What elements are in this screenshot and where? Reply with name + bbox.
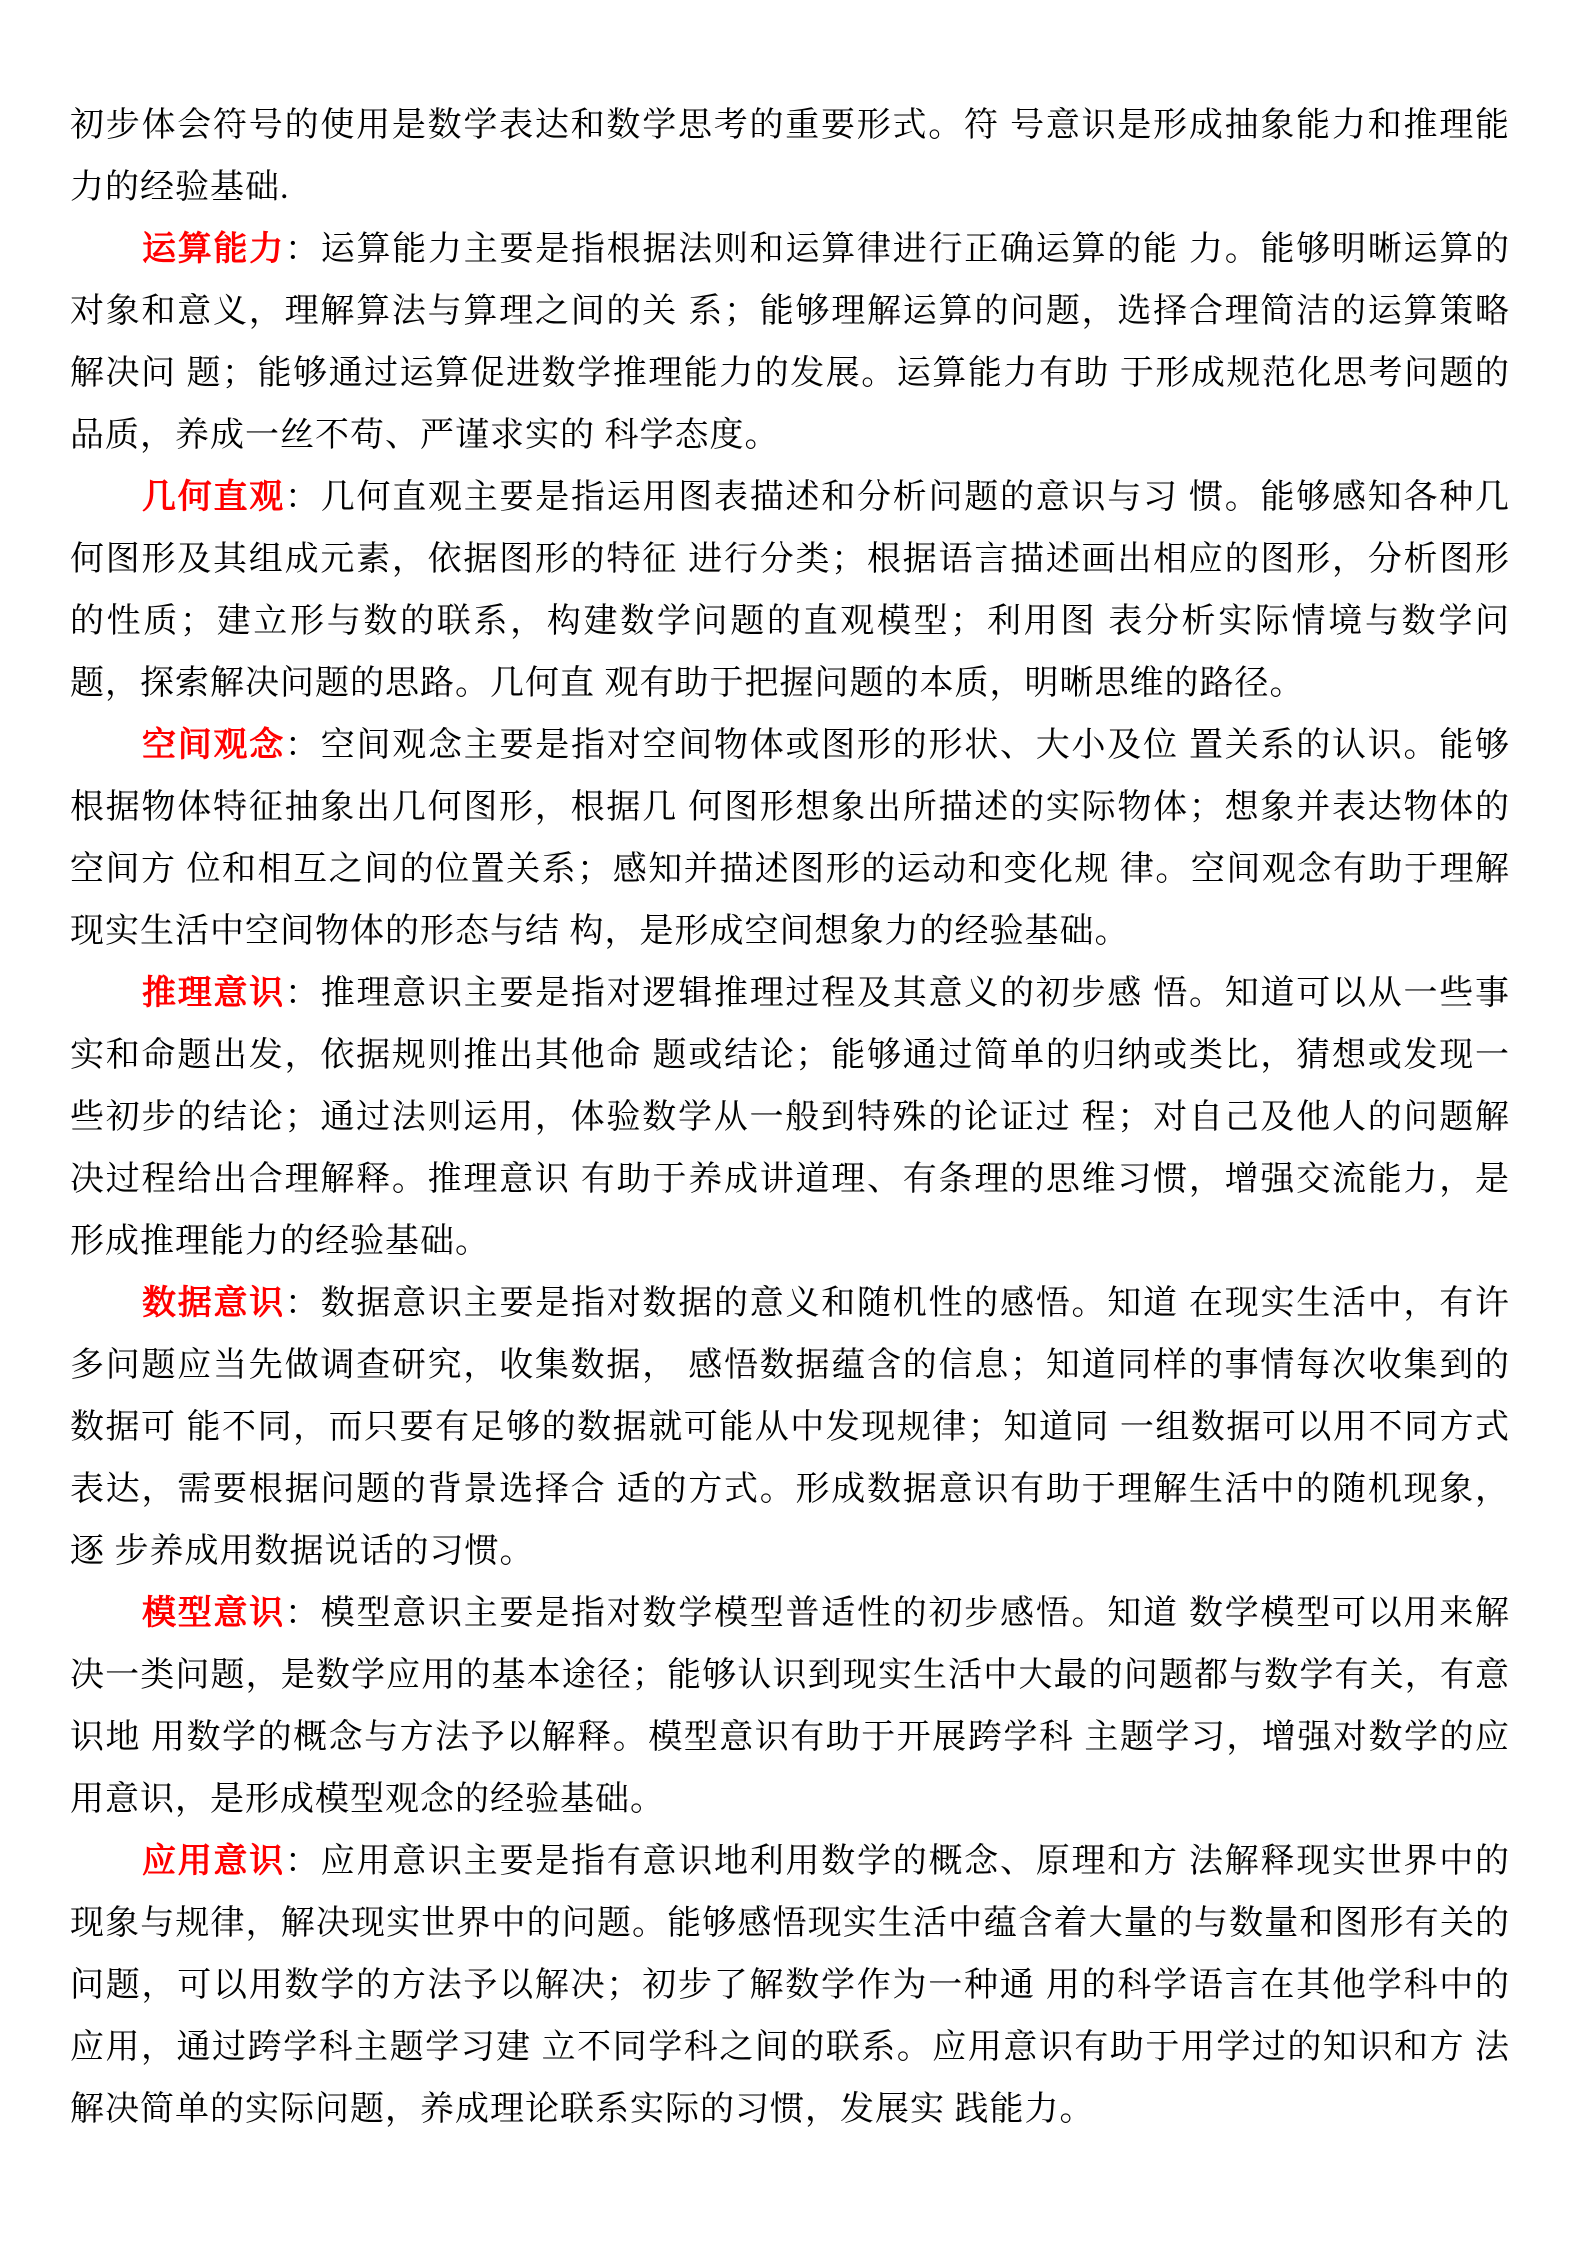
section-separator: ：: [285, 727, 321, 764]
section-body: 数据意识主要是指对数据的意义和随机性的感悟。知道 在现实生活中，有许多问题应当先…: [70, 1285, 1510, 1570]
intro-paragraph-text: 初步体会符号的使用是数学表达和数学思考的重要形式。符 号意识是形成抽象能力和推理…: [70, 107, 1510, 206]
section-model-awareness: 模型意识：模型意识主要是指对数学模型普适性的初步感悟。知道 数学模型可以用来解决…: [70, 1583, 1510, 1831]
section-spatial-concept: 空间观念：空间观念主要是指对空间物体或图形的形状、大小及位 置关系的认识。能够根…: [70, 715, 1510, 963]
section-data-awareness: 数据意识：数据意识主要是指对数据的意义和随机性的感悟。知道 在现实生活中，有许多…: [70, 1273, 1510, 1583]
section-term: 模型意识: [142, 1595, 285, 1632]
section-application-awareness: 应用意识：应用意识主要是指有意识地利用数学的概念、原理和方 法解释现实世界中的现…: [70, 1831, 1510, 2141]
section-operational-ability: 运算能力：运算能力主要是指根据法则和运算律进行正确运算的能 力。能够明晰运算的对…: [70, 219, 1510, 467]
section-geometric-intuition: 几何直观：几何直观主要是指运用图表描述和分析问题的意识与习 惯。能够感知各种几何…: [70, 467, 1510, 715]
section-separator: ：: [285, 479, 321, 516]
section-separator: ：: [285, 1285, 321, 1322]
section-term: 推理意识: [142, 975, 285, 1012]
document-page: 初步体会符号的使用是数学表达和数学思考的重要形式。符 号意识是形成抽象能力和推理…: [0, 0, 1587, 2245]
section-body: 应用意识主要是指有意识地利用数学的概念、原理和方 法解释现实世界中的现象与规律，…: [70, 1843, 1510, 2128]
section-separator: ：: [285, 1595, 321, 1632]
section-term: 数据意识: [142, 1285, 285, 1322]
section-term: 几何直观: [142, 479, 285, 516]
section-reasoning-awareness: 推理意识：推理意识主要是指对逻辑推理过程及其意义的初步感 悟。知道可以从一些事实…: [70, 963, 1510, 1273]
section-separator: ：: [285, 975, 321, 1012]
section-separator: ：: [285, 231, 321, 268]
intro-paragraph: 初步体会符号的使用是数学表达和数学思考的重要形式。符 号意识是形成抽象能力和推理…: [70, 95, 1510, 219]
section-term: 运算能力: [142, 231, 285, 268]
section-body: 推理意识主要是指对逻辑推理过程及其意义的初步感 悟。知道可以从一些事实和命题出发…: [70, 975, 1510, 1260]
section-separator: ：: [285, 1843, 321, 1880]
section-term: 空间观念: [142, 727, 285, 764]
section-term: 应用意识: [142, 1843, 285, 1880]
